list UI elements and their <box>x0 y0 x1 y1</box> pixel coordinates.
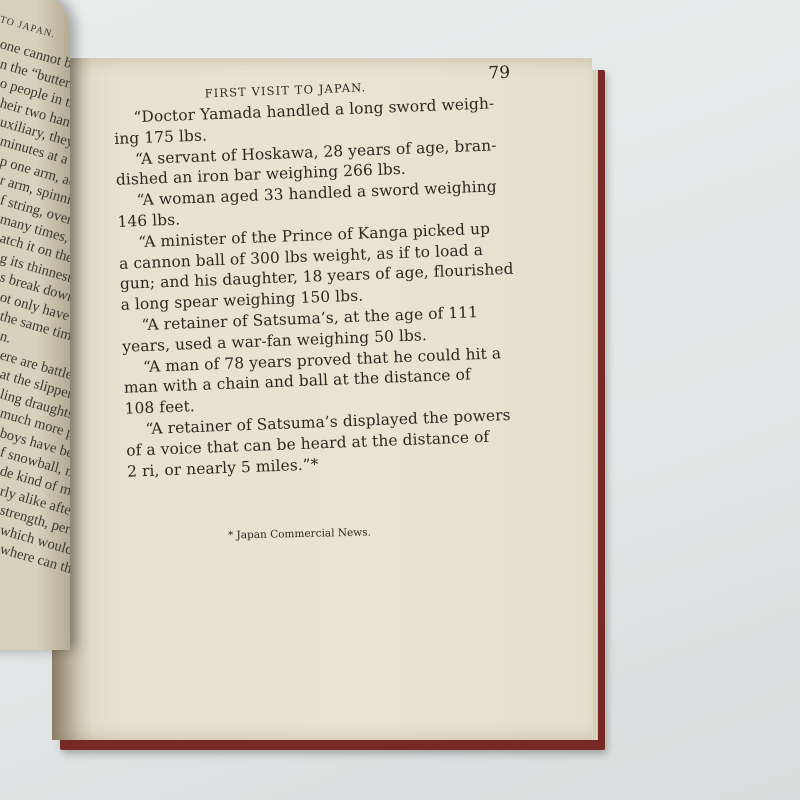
text-line: 146 lbs. <box>117 210 180 230</box>
left-page: TO JAPAN. one cannot be n the “butterfly… <box>0 0 70 650</box>
paragraph: “A minister of the Prince of Kanga picke… <box>118 217 521 315</box>
page-body: FIRST VISIT TO JAPAN. 79 “Doctor Yamada … <box>112 63 527 482</box>
running-title: FIRST VISIT TO JAPAN. <box>204 80 366 100</box>
left-page-text: TO JAPAN. one cannot be n the “butterfly… <box>0 10 70 559</box>
text-line: 108 feet. <box>124 397 195 418</box>
page-number: 79 <box>488 63 510 84</box>
text-line: ing 175 lbs. <box>114 126 207 148</box>
